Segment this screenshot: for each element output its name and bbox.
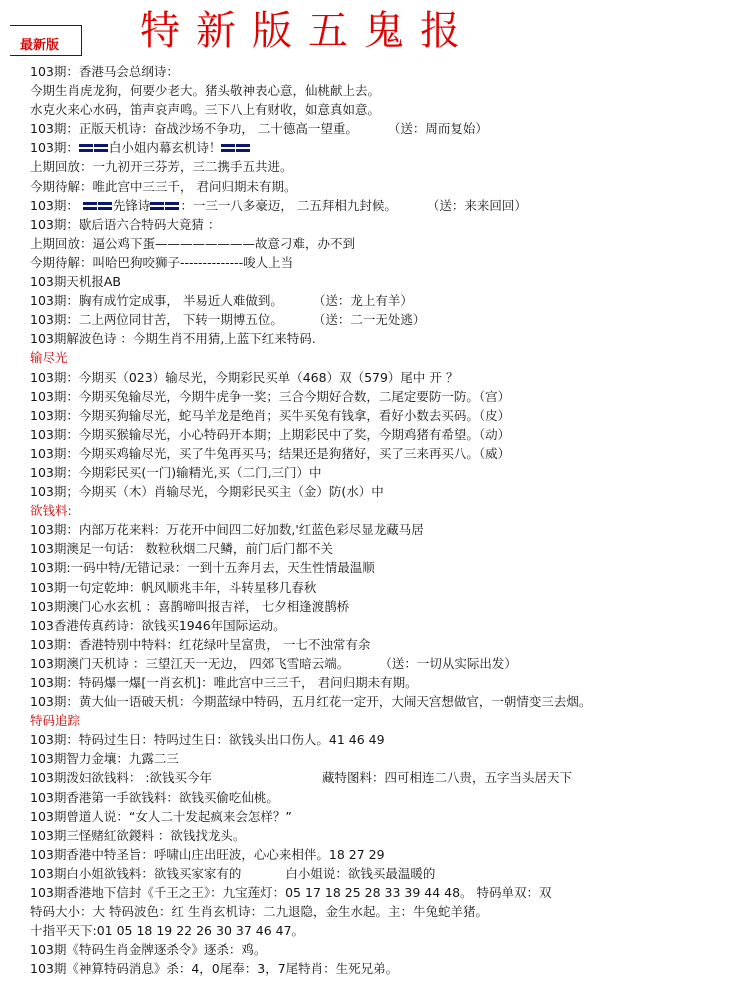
line-text: 103期：今期彩民买(一门)输精光,买（二门,三门）中: [30, 465, 322, 480]
section-heading: 特码追踪: [30, 711, 730, 730]
line-text: 欲钱料:: [30, 503, 72, 518]
text-line: 103期白小姐欲钱料：欲钱买家家有的白小姐说：欲钱买最温暖的: [30, 864, 730, 883]
line-text: 103香港传真药诗：欲钱买1946年国际运动。: [30, 618, 286, 633]
double-bar-icon: [79, 138, 109, 157]
bar-glyph: [150, 202, 164, 210]
line-text: 今期生肖虎龙狗，何要少老大。猪头敬神表心意，仙桃献上去。: [30, 83, 380, 98]
line-text: 103期曾道人说：“女人二十发起疯来会怎样？”: [30, 809, 292, 824]
line-note: 藏特图料：四可相连二八贵，五字当头居天下: [322, 770, 572, 785]
text-line: 103期：二上两位同甘苦， 下转一期博五位。（送：二一无处逃）: [30, 310, 730, 329]
text-line: 103期三怪赌紅欲鍐料 ：欲钱找龙头。: [30, 826, 730, 845]
line-note: （送：一切从实际出发）: [379, 656, 517, 671]
line-text: 103期：歇后语六合特码大竟猜 ：: [30, 217, 220, 232]
line-text: 103期泼妇欲钱料： :欲钱买今年: [30, 770, 212, 785]
text-line: 103期曾道人说：“女人二十发起疯来会怎样？”: [30, 807, 730, 826]
text-line: 103期： 先锋诗：一三一八多豪迈， 二五拜相九封候。（送：来来回回）: [30, 196, 730, 215]
text-line: 103期解波色诗 ：今期生肖不用猜,上蓝下红来特码.: [30, 329, 730, 348]
line-text: 103期:一码中特/无错记录：一到十五奔月去，天生性情最温顺: [30, 560, 375, 575]
line-text: 输尽光: [30, 350, 68, 365]
line-text: 103期：香港特别中特料：红花绿叶呈富贵， 一七不浊常有余: [30, 637, 370, 652]
text-line: 103期香港第一手欲钱料：欲钱买偷吃仙桃。: [30, 788, 730, 807]
line-text: 103期：今期买兔输尽光，今期牛虎争一奖；三合今期好合数，二尾定要防一防。（宫）: [30, 389, 510, 404]
bar-glyph: [94, 144, 108, 152]
line-text: 103期澳门天机诗 ：三望江天一无边， 四郊飞雪暗云端。: [30, 656, 349, 671]
text-line: 103期：香港马会总纲诗：: [30, 62, 730, 81]
text-line: 103期澳门心水玄机 ：喜鹊啼叫报吉祥， 七夕相逢渡鹊桥: [30, 597, 730, 616]
text-line: 103期：歇后语六合特码大竟猜 ：: [30, 215, 730, 234]
bar-glyph: [165, 202, 179, 210]
line-text: 103期；今期买（木）肖输尽光，今期彩民买主（金）防(水）中: [30, 484, 384, 499]
line-text: 103期：今期买（023）输尽光，今期彩民买单（468）双（579）尾中 开 ？: [30, 370, 458, 385]
text-line: 今期待解：叫哈巴狗咬狮子--------------唆人上当: [30, 253, 730, 272]
line-text: 103期：二上两位同甘苦， 下转一期博五位。: [30, 312, 283, 327]
line-text: 今期待解：叫哈巴狗咬狮子--------------唆人上当: [30, 255, 293, 270]
page-header: 最新版 特新版五鬼报: [0, 0, 732, 62]
double-bar-icon: [221, 138, 251, 157]
line-text: 103期：今期买狗输尽光，蛇马羊龙是绝肖；买牛买兔有钱拿，看好小数去买码。（皮）: [30, 408, 510, 423]
text-line: 今期待解：唯此宫中三三千， 君问归期未有期。: [30, 177, 730, 196]
text-line: 上期回放：一九初开三芬芳，三二携手五共进。: [30, 157, 730, 176]
line-text: 103期：正版天机诗：奋战沙场不争功， 二十德高一望重。: [30, 121, 358, 136]
line-text: 103期：胸有成竹定成事， 半易近人难做到。: [30, 293, 283, 308]
line-text: 103期澳足一句话： 数粒秋烟二尺鳞，前门后门都不关: [30, 541, 333, 556]
double-bar-icon: [150, 196, 180, 215]
line-text: 103期《神算特码消息》杀：4，0尾奉：3，7尾特肖：生死兄弟。: [30, 961, 398, 976]
text-line: 103期香港地下信封《千王之王》：九宝莲灯：05 17 18 25 28 33 …: [30, 883, 730, 902]
line-text: 103期香港地下信封《千王之王》：九宝莲灯：05 17 18 25 28 33 …: [30, 885, 552, 900]
edition-badge: 最新版: [20, 34, 59, 53]
line-prefix: 103期：: [30, 140, 79, 155]
bar-glyph: [221, 144, 235, 152]
section-heading: 欲钱料:: [30, 501, 730, 520]
double-bar-icon: [83, 196, 113, 215]
line-text: 十指平天下:01 05 18 19 22 26 30 37 46 47。: [30, 923, 304, 938]
line-text: 103期：今期买猴输尽光，小心特码开本期；上期彩民中了奖，今期鸡猪有希望。（动）: [30, 427, 510, 442]
line-text: 103期：今期买鸡输尽光，买了牛兔再买马；结果还是狗猪好，买了三来再买八。（威）: [30, 446, 510, 461]
line-text: 103期：黄大仙一语破天机：今期蓝绿中特码，五月红花一定开，大闹天宫想做官，一朝…: [30, 694, 591, 709]
line-text: 103期解波色诗 ：今期生肖不用猜,上蓝下红来特码.: [30, 331, 316, 346]
text-line: 103期：胸有成竹定成事， 半易近人难做到。（送：龙上有羊）: [30, 291, 730, 310]
text-line: 103期泼妇欲钱料： :欲钱买今年藏特图料：四可相连二八贵，五字当头居天下: [30, 768, 730, 787]
line-text: 今期待解：唯此宫中三三千， 君问归期未有期。: [30, 179, 296, 194]
text-line: 103期：今期买猴输尽光，小心特码开本期；上期彩民中了奖，今期鸡猪有希望。（动）: [30, 425, 730, 444]
line-text: 特码追踪: [30, 713, 80, 728]
text-line: 103香港传真药诗：欲钱买1946年国际运动。: [30, 616, 730, 635]
line-text: 上期回放：逼公鸡下蛋————————故意刁难，办不到: [30, 236, 355, 251]
text-line: 103期：今期买狗输尽光，蛇马羊龙是绝肖；买牛买兔有钱拿，看好小数去买码。（皮）: [30, 406, 730, 425]
text-line: 103期《特码生肖金牌逐杀令》逐杀：鸡。: [30, 940, 730, 959]
text-line: 103期：特码爆一爆[一肖玄机]：唯此宫中三三千， 君问归期未有期。: [30, 673, 730, 692]
line-text: 103期：香港马会总纲诗：: [30, 64, 179, 79]
text-line: 103期：正版天机诗：奋战沙场不争功， 二十德高一望重。（送：周而复始）: [30, 119, 730, 138]
line-note: （送：二一无处逃）: [313, 312, 426, 327]
text-line: 103期智力金壤：九露二三: [30, 749, 730, 768]
line-text: 水克火来心水码，笛声哀声鸣。三下八上有财收，如意真如意。: [30, 102, 380, 117]
line-note: （送：来来回回）: [427, 198, 527, 213]
line-text: 103期一句定乾坤：帆风顺兆丰年，斗转星移几春秋: [30, 580, 316, 595]
line-text: 103期三怪赌紅欲鍐料 ：欲钱找龙头。: [30, 828, 245, 843]
line-text: 白小姐内幕玄机诗！: [109, 140, 222, 155]
text-line: 103期天机报AB: [30, 272, 730, 291]
line-note: （送：周而复始）: [388, 121, 488, 136]
text-line: 103期；今期买（木）肖输尽光，今期彩民买主（金）防(水）中: [30, 482, 730, 501]
text-line: 103期：内部万花来料：万花开中间四二好加数,'红蓝色彩尽显龙藏马居: [30, 520, 730, 539]
text-line: 103期香港中特圣旨：呼啸山庄出旺波，心心来相伴。18 27 29: [30, 845, 730, 864]
line-text: 先锋诗: [113, 198, 151, 213]
line-suffix: ：一三一八多豪迈， 二五拜相九封候。: [180, 198, 396, 213]
text-line: 103期：黄大仙一语破天机：今期蓝绿中特码，五月红花一定开，大闹天宫想做官，一朝…: [30, 692, 730, 711]
text-line: 上期回放：逼公鸡下蛋————————故意刁难，办不到: [30, 234, 730, 253]
text-line: 今期生肖虎龙狗，何要少老大。猪头敬神表心意，仙桃献上去。: [30, 81, 730, 100]
line-text: 特码大小：大 特码波色：红 生肖玄机诗：二九退隐，金生水起。主：牛兔蛇羊猪。: [30, 904, 488, 919]
text-line: 水克火来心水码，笛声哀声鸣。三下八上有财收，如意真如意。: [30, 100, 730, 119]
text-line: 103期：今期买（023）输尽光，今期彩民买单（468）双（579）尾中 开 ？: [30, 368, 730, 387]
text-line: 103期澳门天机诗 ：三望江天一无边， 四郊飞雪暗云端。（送：一切从实际出发）: [30, 654, 730, 673]
line-text: 103期白小姐欲钱料：欲钱买家家有的: [30, 866, 241, 881]
article-body: 103期：香港马会总纲诗：今期生肖虎龙狗，何要少老大。猪头敬神表心意，仙桃献上去…: [30, 62, 730, 979]
line-text: 上期回放：一九初开三芬芳，三二携手五共进。: [30, 159, 293, 174]
line-note: （送：龙上有羊）: [313, 293, 413, 308]
line-text: 103期：内部万花来料：万花开中间四二好加数,'红蓝色彩尽显龙藏马居: [30, 522, 424, 537]
text-line: 特码大小：大 特码波色：红 生肖玄机诗：二九退隐，金生水起。主：牛兔蛇羊猪。: [30, 902, 730, 921]
line-text: 103期：特码过生日：特吗过生日：欲钱头出口伤人。41 46 49: [30, 732, 385, 747]
text-line: 103期：白小姐内幕玄机诗！: [30, 138, 730, 157]
text-line: 103期《神算特码消息》杀：4，0尾奉：3，7尾特肖：生死兄弟。: [30, 959, 730, 978]
bar-glyph: [98, 202, 112, 210]
text-line: 103期：香港特别中特料：红花绿叶呈富贵， 一七不浊常有余: [30, 635, 730, 654]
bar-glyph: [236, 144, 250, 152]
line-text: 103期：特码爆一爆[一肖玄机]：唯此宫中三三千， 君问归期未有期。: [30, 675, 418, 690]
text-line: 103期：今期买鸡输尽光，买了牛兔再买马；结果还是狗猪好，买了三来再买八。（威）: [30, 444, 730, 463]
bar-glyph: [83, 202, 97, 210]
line-text: 103期天机报AB: [30, 274, 121, 289]
line-text: 103期《特码生肖金牌逐杀令》逐杀：鸡。: [30, 942, 266, 957]
line-note: 白小姐说：欲钱买最温暖的: [285, 866, 435, 881]
text-line: 103期一句定乾坤：帆风顺兆丰年，斗转星移几春秋: [30, 578, 730, 597]
text-line: 103期：今期买兔输尽光，今期牛虎争一奖；三合今期好合数，二尾定要防一防。（宫）: [30, 387, 730, 406]
text-line: 103期澳足一句话： 数粒秋烟二尺鳞，前门后门都不关: [30, 539, 730, 558]
text-line: 103期:一码中特/无错记录：一到十五奔月去，天生性情最温顺: [30, 558, 730, 577]
text-line: 十指平天下:01 05 18 19 22 26 30 37 46 47。: [30, 921, 730, 940]
line-text: 103期澳门心水玄机 ：喜鹊啼叫报吉祥， 七夕相逢渡鹊桥: [30, 599, 349, 614]
line-prefix: 103期：: [30, 198, 83, 213]
text-line: 103期：今期彩民买(一门)输精光,买（二门,三门）中: [30, 463, 730, 482]
page-title: 特新版五鬼报: [140, 6, 476, 56]
section-heading: 输尽光: [30, 348, 730, 367]
line-text: 103期香港中特圣旨：呼啸山庄出旺波，心心来相伴。18 27 29: [30, 847, 385, 862]
text-line: 103期：特码过生日：特吗过生日：欲钱头出口伤人。41 46 49: [30, 730, 730, 749]
line-text: 103期智力金壤：九露二三: [30, 751, 179, 766]
bar-glyph: [79, 144, 93, 152]
line-text: 103期香港第一手欲钱料：欲钱买偷吃仙桃。: [30, 790, 279, 805]
